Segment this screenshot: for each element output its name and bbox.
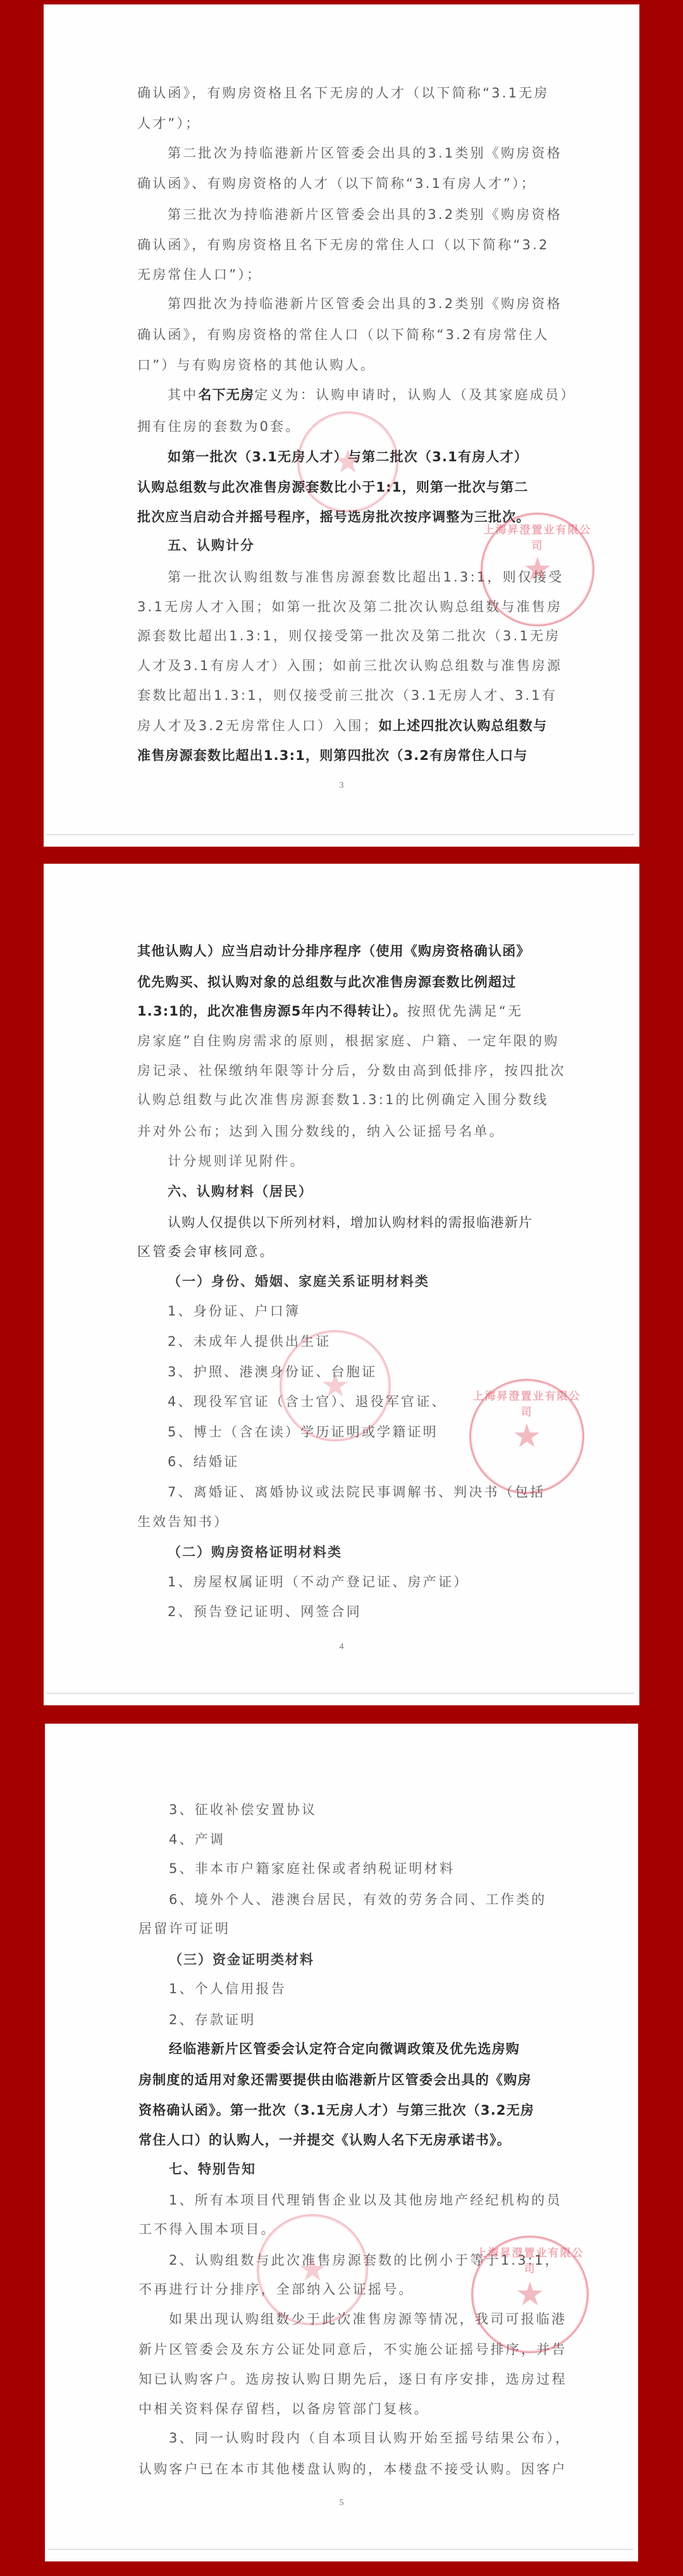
list-item: 2、未成年人提供出生证 — [168, 1332, 585, 1351]
subsection-heading-identity: （一）身份、婚姻、家庭关系证明材料类 — [168, 1272, 585, 1291]
text-line-bold: 准售房源套数比超出1.3:1，则第四批次（3.2有房常住人口与 — [137, 746, 555, 765]
text-line-bold: 批次应当启动合并摇号程序，摇号选房批次按序调整为三批次。 — [137, 507, 555, 526]
notice-item: 3、同一认购时段内（自本项目认购开始至摇号结果公布）， — [169, 2429, 586, 2448]
list-item: 5、博士（含在读）学历证明或学籍证明 — [168, 1422, 585, 1441]
text-line: 拥有住房的套数为0套。 — [137, 417, 555, 436]
text-line: 人才”）； — [137, 114, 555, 133]
text-line: 确认函》、有购房资格的人才（以下简称“3.1有房人才”）； — [137, 174, 555, 193]
page-divider — [47, 2549, 633, 2550]
text-line-bold: 资格确认函》。第一批次（3.1无房人才）与第三批次（3.2无房 — [138, 2101, 556, 2120]
list-item: 3、护照、港澳身份证、台胞证 — [168, 1362, 585, 1381]
list-item-continued: 居留许可证明 — [138, 1919, 556, 1938]
definition-suffix: 定义为：认购申请时，认购人（及其家庭成员） — [254, 387, 575, 402]
text-line: 套数比超出1.3:1，则仅接受前三批次（3.1无房人才、3.1有 — [137, 686, 555, 705]
document-page-3: 确认函》，有购房资格且名下无房的人才（以下简称“3.1无房 人才”）； 第二批次… — [44, 4, 639, 847]
page-number: 3 — [44, 781, 639, 791]
text-line: 房记录、社保缴纳年限等计分后，分数由高到低排序，按四批次 — [137, 1061, 555, 1080]
list-item: 4、产调 — [169, 1830, 586, 1849]
list-item: 2、存款证明 — [169, 2010, 586, 2029]
list-item: 1、房屋权属证明（不动产登记证、房产证） — [168, 1572, 585, 1591]
definition-prefix: 其中 — [168, 387, 198, 402]
list-item: 6、境外个人、港澳台居民，有效的劳务合同、工作类的 — [169, 1890, 586, 1909]
text-line: 人才及3.1有房人才）入围；如前三批次认购总组数与准售房源 — [137, 656, 555, 675]
subsection-heading-funds: （三）资金证明类材料 — [169, 1950, 586, 1969]
mixed-line: 房人才及3.2无房常住人口）入围；如上述四批次认购总组数与 — [137, 716, 555, 735]
text-line: 第一批次认购组数与准售房源套数比超出1.3:1，则仅接受 — [168, 568, 585, 587]
text-line: 第二批次为持临港新片区管委会出具的3.1类别《购房资格 — [168, 144, 585, 163]
text-line: 认购人仅提供以下所列材料，增加认购材料的需报临港新片 — [168, 1213, 585, 1232]
text-line: 确认函》，有购房资格且名下无房的人才（以下简称“3.1无房 — [137, 84, 555, 103]
definition-term: 名下无房 — [198, 387, 254, 402]
text-line-bold: 其他认购人）应当启动计分排序程序（使用《购房资格确认函》 — [137, 942, 555, 961]
list-item-continued: 生效告知书） — [137, 1512, 555, 1531]
notice-item-continued: 不再进行计分排序，全部纳入公证摇号。 — [138, 2280, 556, 2299]
notice-item-continued: 认购客户已在本市其他楼盘认购的，本楼盘不接受认购。因客户 — [138, 2460, 556, 2479]
text-line: 新片区管委会及东方公证处同意后，不实施公证摇号排序，并告 — [138, 2340, 556, 2359]
text-line: 知已认购客户。选房按认购日期先后，逐日有序安排，选房过程 — [138, 2370, 556, 2389]
bold-span: 1.3:1的，此次准售房源5年内不得转让）。 — [137, 1004, 407, 1019]
text-line-bold: 房制度的适用对象还需要提供由临港新片区管委会出具的《购房 — [138, 2070, 556, 2089]
document-page-4: 其他认购人）应当启动计分排序程序（使用《购房资格确认函》 优先购买、拟认购对象的… — [44, 864, 639, 1705]
text-line-bold: 常住人口）的认购人，一并提交《认购人名下无房承诺书》。 — [138, 2131, 556, 2150]
text-line: 如果出现认购组数少于此次准售房源等情况，我司可报临港 — [169, 2310, 586, 2329]
text-line: 房家庭”自住购房需求的原则，根据家庭、户籍、一定年限的购 — [137, 1031, 555, 1050]
list-item: 6、结婚证 — [168, 1452, 585, 1471]
text-line: 源套数比超出1.3:1，则仅接受第一批次及第二批次（3.1无房 — [137, 626, 555, 645]
text-line: 第四批次为持临港新片区管委会出具的3.2类别《购房资格 — [168, 294, 585, 313]
text-line-bold: 如第一批次（3.1无房人才）与第二批次（3.1有房人才） — [168, 447, 585, 466]
section-heading-scoring: 五、认购计分 — [168, 536, 585, 555]
text-line-bold: 经临港新片区管委会认定符合定向微调政策及优先选房购 — [169, 2039, 586, 2058]
page-number: 5 — [45, 2498, 638, 2508]
list-item: 5、非本市户籍家庭社保或者纳税证明材料 — [169, 1859, 586, 1878]
list-item: 1、身份证、户口簿 — [168, 1302, 585, 1321]
text-line: 无房常住人口”）； — [137, 265, 555, 284]
text-line: 第三批次为持临港新片区管委会出具的3.2类别《购房资格 — [168, 205, 585, 224]
text-line-bold: 认购总组数与此次准售房源套数比小于1:1，则第一批次与第二 — [137, 478, 555, 497]
page-number: 4 — [44, 1642, 639, 1652]
notice-item: 1、所有本项目代理销售企业以及其他房地产经纪机构的员 — [169, 2191, 586, 2210]
list-item: 7、离婚证、离婚协议或法院民事调解书、判决书（包括 — [168, 1483, 585, 1502]
bold-span: 如上述四批次认购总组数与 — [379, 718, 547, 733]
list-item: 1、个人信用报告 — [169, 1979, 586, 1998]
section-heading-notice: 七、特别告知 — [169, 2160, 586, 2179]
text-span: 按照优先满足“无 — [407, 1004, 523, 1019]
text-span: 房人才及3.2无房常住人口）入围； — [137, 718, 379, 733]
mixed-line: 1.3:1的，此次准售房源5年内不得转让）。按照优先满足“无 — [137, 1002, 555, 1021]
definition-line: 其中名下无房定义为：认购申请时，认购人（及其家庭成员） — [168, 385, 585, 404]
text-line: 中相关资料保存留档，以备房管部门复核。 — [138, 2399, 556, 2418]
list-item: 4、现役军官证（含士官）、退役军官证、 — [168, 1392, 585, 1411]
page-divider — [46, 834, 634, 835]
text-line: 确认函》，有购房资格且名下无房的常住人口（以下简称“3.2 — [137, 235, 555, 254]
text-line: 3.1无房人才入围；如第一批次及第二批次认购总组数与准售房 — [137, 597, 555, 616]
text-line: 计分规则详见附件。 — [168, 1152, 585, 1171]
section-heading-materials: 六、认购材料（居民） — [168, 1182, 585, 1201]
list-item: 2、预告登记证明、网签合同 — [168, 1602, 585, 1621]
notice-item-continued: 工不得入围本项目。 — [138, 2220, 556, 2239]
text-line: 确认函》，有购房资格的常住人口（以下简称“3.2有房常住人 — [137, 325, 555, 344]
text-line: 口”）与有购房资格的其他认购人。 — [137, 356, 555, 375]
document-page-5: 3、征收补偿安置协议 4、产调 5、非本市户籍家庭社保或者纳税证明材料 6、境外… — [45, 1724, 638, 2561]
text-line: 并对外公布；达到入围分数线的，纳入公证摇号名单。 — [137, 1122, 555, 1141]
page-divider — [46, 1693, 634, 1694]
text-line: 认购总组数与此次准售房源套数1.3:1的比例确定入围分数线 — [137, 1090, 555, 1109]
subsection-heading-eligibility: （二）购房资格证明材料类 — [168, 1543, 585, 1562]
text-line: 区管委会审核同意。 — [137, 1242, 555, 1261]
notice-item: 2、认购组数与此次准售房源套数的比例小于等于1.3:1， — [169, 2251, 586, 2270]
list-item: 3、征收补偿安置协议 — [169, 1800, 586, 1819]
text-line-bold: 优先购买、拟认购对象的总组数与此次准售房源套数比例超过 — [137, 973, 555, 992]
